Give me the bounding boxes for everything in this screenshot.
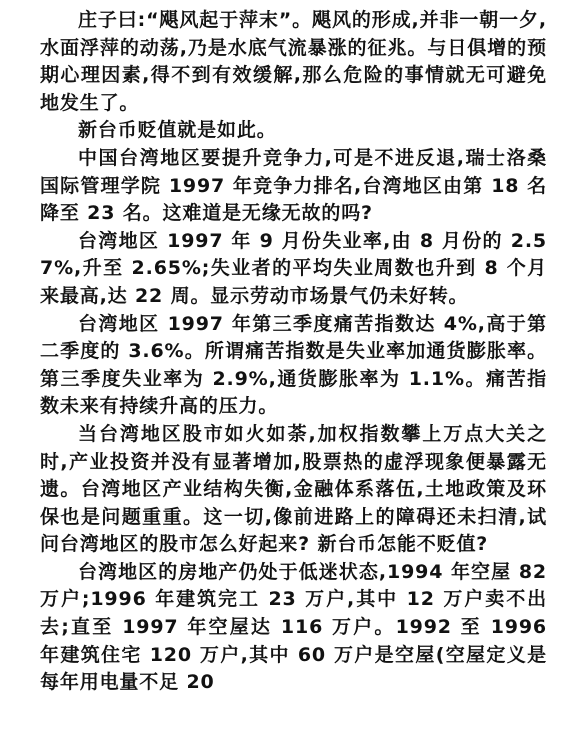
paragraph-stock-market-bubble: 当台湾地区股市如火如荼,加权指数攀上万点大关之时,产业投资并没有显著增加,股票热… [40,421,547,559]
paragraph-misery-index: 台湾地区 1997 年第三季度痛苦指数达 4%,高于第二季度的 3.6%。所谓痛… [40,311,547,421]
page-text-block: 庄子曰:“飓风起于萍末”。飓风的形成,并非一朝一夕,水面浮萍的动荡,乃是水底气流… [40,7,547,697]
paragraph-ntd-depreciation: 新台币贬值就是如此。 [40,117,547,145]
paragraph-unemployment-rate: 台湾地区 1997 年 9 月份失业率,由 8 月份的 2.57%,升至 2.6… [40,228,547,311]
paragraph-competitiveness-ranking: 中国台湾地区要提升竞争力,可是不进反退,瑞士洛桑国际管理学院 1997 年竞争力… [40,145,547,228]
book-page: 庄子曰:“飓风起于萍末”。飓风的形成,并非一朝一夕,水面浮萍的动荡,乃是水底气流… [0,0,584,733]
paragraph-real-estate-slump: 台湾地区的房地产仍处于低迷状态,1994 年空屋 82 万户;1996 年建筑完… [40,559,547,697]
paragraph-zhuangzi-quote: 庄子曰:“飓风起于萍末”。飓风的形成,并非一朝一夕,水面浮萍的动荡,乃是水底气流… [40,7,547,117]
